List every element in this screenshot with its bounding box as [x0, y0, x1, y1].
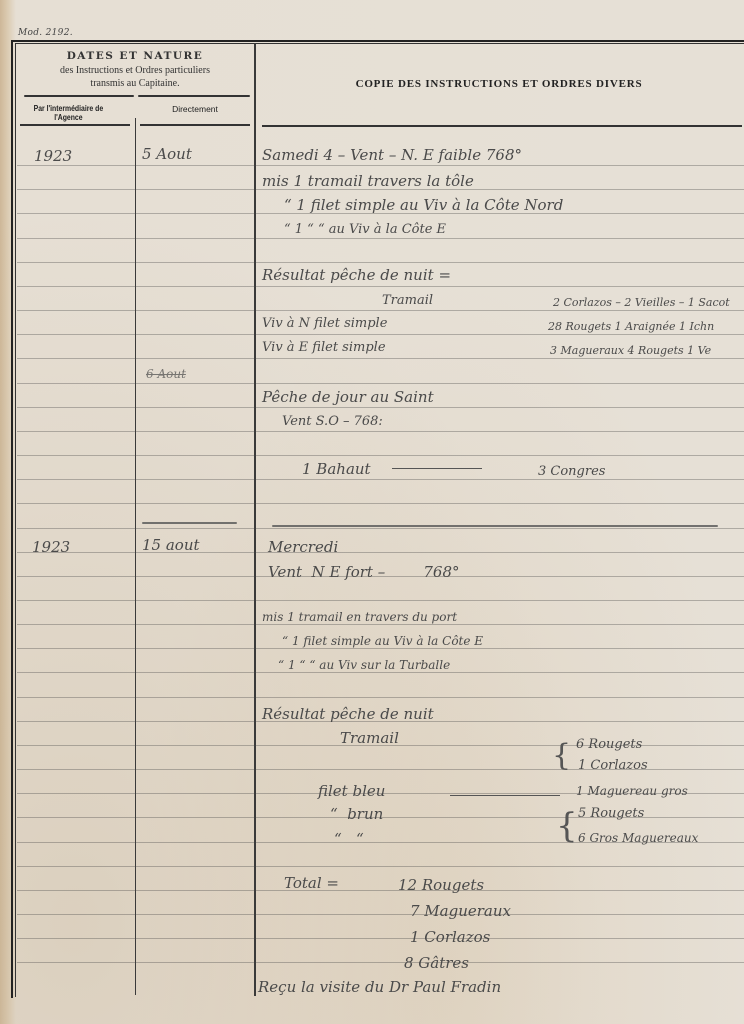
entry1-line-nets1: mis 1 tramail travers la tôle [262, 172, 474, 190]
entry1-wind: Vent S.O – 768: [282, 414, 383, 429]
left-header: DATES ET NATURE des Instructions et Ordr… [16, 44, 254, 89]
entry1-day-fishing: Pêche de jour au Saint [262, 388, 434, 406]
entry2-catch-brun-mag: 6 Gros Maguereaux [578, 831, 698, 845]
entry2-day: Mercredi [268, 538, 338, 556]
entry1-line-nets3: “ 1 “ “ au Viv à la Côte E [284, 222, 446, 237]
entry1-crossed-note: 6 Aout [146, 367, 186, 381]
entry2-total-rougets: 12 Rougets [398, 876, 484, 894]
entry1-congres: 3 Congres [538, 464, 605, 479]
entry2-nets3: “ 1 “ “ au Viv sur la Turballe [278, 658, 450, 672]
entry2-total-magueraux: 7 Magueraux [410, 902, 511, 920]
entry1-bahaut: 1 Bahaut [302, 460, 371, 478]
entry2-catch-bleu: 1 Maguereau gros [576, 784, 688, 798]
entry2-filet-ditto: “ “ [334, 830, 364, 848]
right-header-title: COPIE DES INSTRUCTIONS ET ORDRES DIVERS [256, 78, 742, 90]
column-divider-main [254, 43, 256, 996]
header-underline-agency [20, 124, 130, 126]
entry2-total-label: Total = [284, 874, 339, 892]
entry2-year: 1923 [32, 538, 70, 556]
entry-separator-main [272, 525, 718, 527]
entry2-nets2: “ 1 filet simple au Viv à la Côte E [282, 634, 483, 648]
entry2-total-gatres: 8 Gâtres [404, 954, 469, 972]
entry1-result-title: Résultat pêche de nuit = [262, 266, 451, 284]
entry1-year: 1923 [34, 147, 72, 165]
brace-brun: { [556, 806, 578, 846]
form-model-number: Mod. 2192. [18, 28, 73, 38]
entry2-nets1: mis 1 tramail en travers du port [262, 610, 457, 624]
entry2-tramail: Tramail [340, 729, 399, 747]
brace-tramail: { [552, 738, 571, 773]
header-ornament-left [24, 95, 134, 97]
entry1-tramail: Tramail [382, 293, 433, 308]
entry1-viv-n: Viv à N filet simple [262, 316, 387, 331]
entry1-line-weather: Samedi 4 – Vent – N. E faible 768° [262, 146, 522, 164]
entry2-catch-brun-rougets: 5 Rougets [578, 806, 644, 821]
column-divider-agency [135, 118, 136, 995]
entry2-date: 15 aout [142, 536, 200, 554]
left-header-title: DATES ET NATURE [16, 50, 254, 62]
entry1-viv-e: Viv à E filet simple [262, 340, 386, 355]
entry2-filet-brun: “ brun [330, 805, 383, 823]
entry2-wind: Vent N E fort – 768° [268, 563, 460, 581]
header-ornament-right [138, 95, 250, 97]
column-header-direct: Directement [136, 104, 254, 114]
entry2-filet-bleu: filet bleu [318, 782, 385, 800]
header-underline-direct [140, 124, 250, 126]
entry1-date: 5 Aout [142, 145, 192, 163]
entry1-catch-tramail: 2 Corlazos – 2 Vieilles – 1 Sacot [553, 296, 730, 309]
entry2-result-title: Résultat pêche de nuit [262, 705, 434, 723]
entry1-catch-viv-e: 3 Magueraux 4 Rougets 1 Ve [550, 344, 711, 357]
entry2-visit-note: Reçu la visite du Dr Paul Fradin [258, 978, 501, 996]
entry2-catch-rougets: 6 Rougets [576, 737, 642, 752]
entry1-catch-viv-n: 28 Rougets 1 Araignée 1 Ichn [548, 320, 714, 333]
left-header-line3: transmis au Capitaine. [16, 78, 254, 89]
left-header-line2: des Instructions et Ordres particuliers [16, 65, 254, 76]
entry1-line-nets2: “ 1 filet simple au Viv à la Côte Nord [284, 196, 563, 214]
entry-separator-date [142, 522, 237, 524]
entry2-total-corlazos: 1 Corlazos [410, 928, 490, 946]
header-underline-main [262, 125, 742, 127]
entry2-catch-corlazos: 1 Corlazos [578, 758, 648, 773]
column-header-agency: Par l'intermédiaire de l'Agence [20, 104, 117, 122]
